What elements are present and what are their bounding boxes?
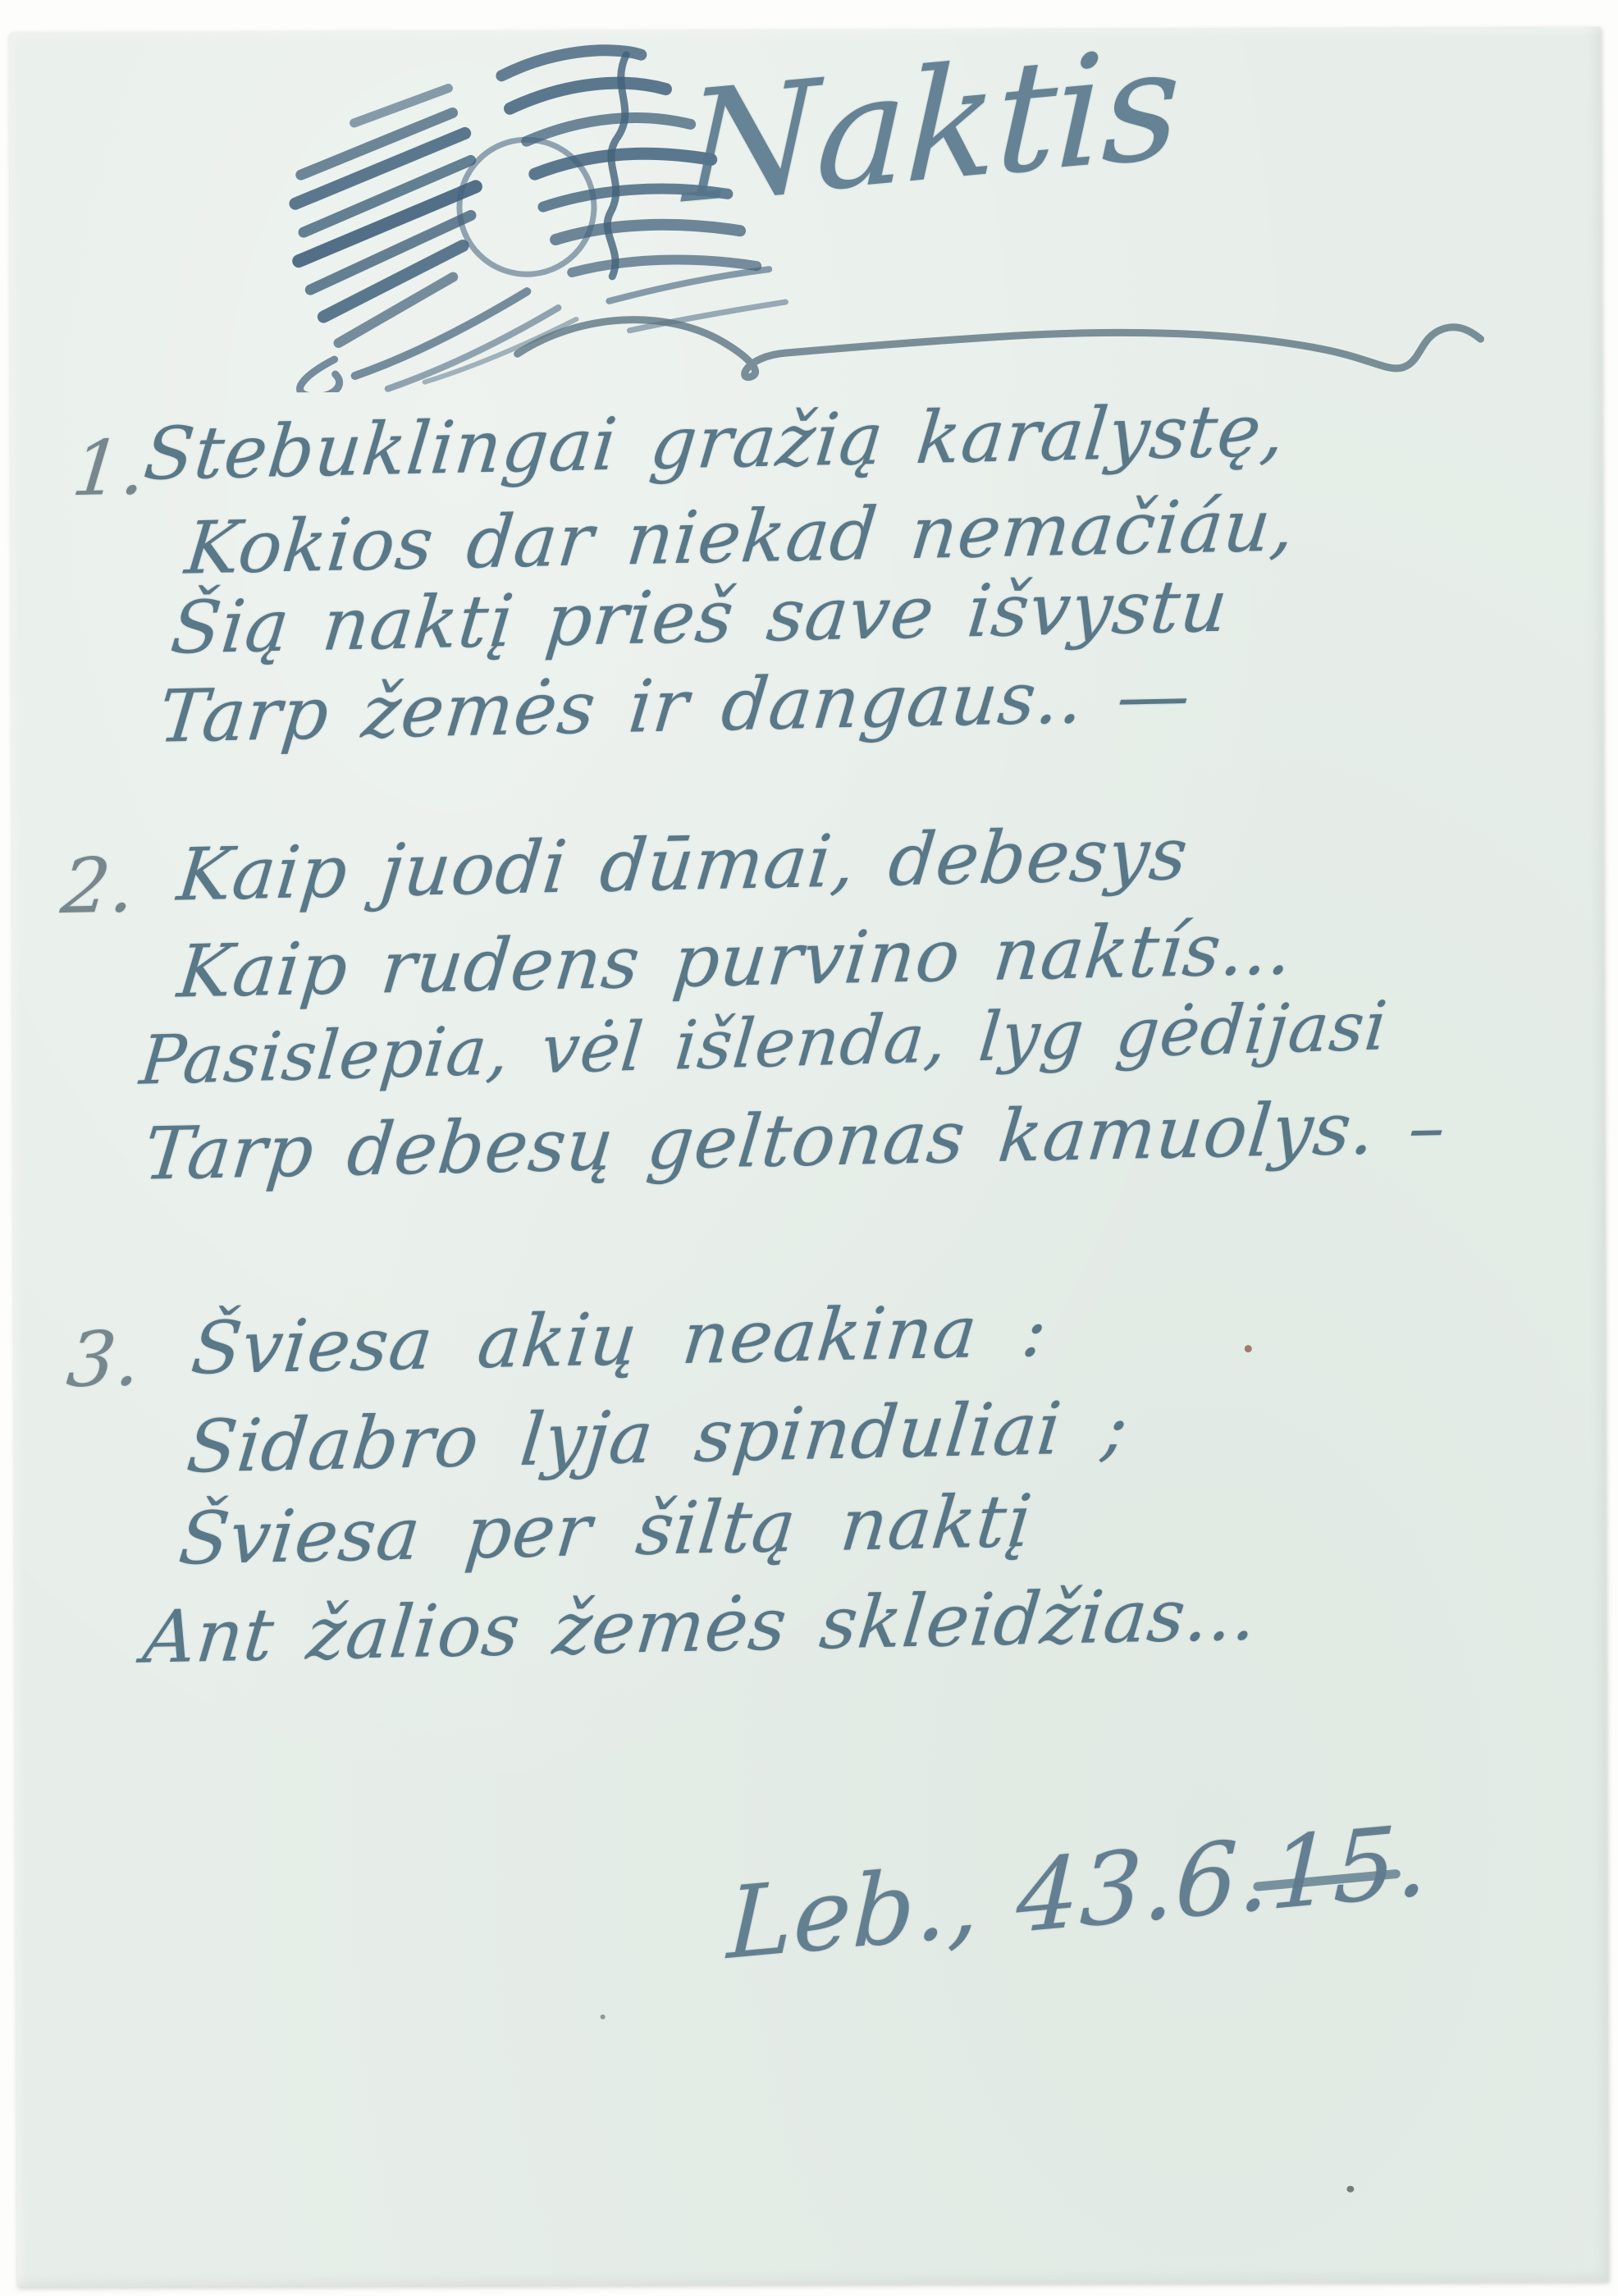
dateline: Leb., 43.6.15. [726, 1804, 1431, 1983]
paper-speck [601, 2015, 606, 2019]
stanza-2-number: 2. [57, 841, 140, 931]
stanza-1: 1. Stebuklingai gražią karalystę, Kokios… [68, 410, 1465, 784]
paper-speck [1245, 1345, 1252, 1352]
stanza-3-line-4: Ant žalios žemės skleidžias... [139, 1575, 1261, 1677]
stanza-2-line-1: Kaip juodi dūmai, debesys [174, 815, 1192, 916]
poem-sheet: Naktis 1. Stebuklingai gražią karalystę,… [9, 27, 1609, 2288]
paper-speck [1346, 2186, 1354, 2193]
stanza-3-line-1: Šviesa akių neakina : [188, 1292, 1051, 1389]
poem-title: Naktis [683, 26, 1181, 225]
stanza-3-line-2: Sidabro lyja spinduliai ; [183, 1388, 1132, 1487]
stanza-1-line-3: Šią naktį prieš save išvystu [167, 567, 1232, 669]
stanza-3-number: 3. [63, 1315, 146, 1404]
scanned-page: Naktis 1. Stebuklingai gražią karalystę,… [0, 0, 1618, 2296]
stanza-1-line-4: Tarp žemės ir dangaus.. — [155, 656, 1195, 757]
stanza-2-line-4: Tarp debesų geltonas kamuolys. – [140, 1087, 1450, 1194]
stanza-1-line-1: Stebuklingai gražią karalystę, [140, 391, 1289, 494]
stanza-3-line-3: Šviesa per šiltą naktį [176, 1482, 1035, 1580]
title-underline-flourish-icon [502, 291, 1495, 386]
stanza-2: 2. Kaip juodi dūmai, debesys Kaip rudens… [57, 831, 1495, 1222]
stanza-3: 3. Šviesa akių neakina : Sidabro lyja sp… [63, 1305, 1501, 1720]
stanza-1-number: 1. [68, 423, 151, 513]
